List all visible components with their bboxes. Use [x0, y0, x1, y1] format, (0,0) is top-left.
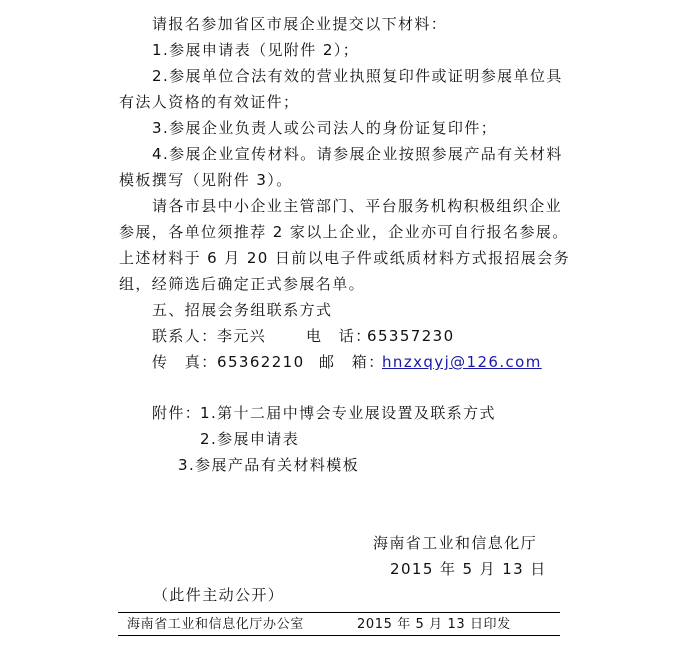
email-value[interactable]: hnzxqyj@126.com — [382, 352, 542, 372]
fax-label: 传 真： — [152, 352, 218, 372]
disclosure-note: （此件主动公开） — [153, 585, 284, 605]
footer-bottom-rule — [118, 635, 560, 636]
email-link[interactable]: hnzxqyj@126.com — [382, 353, 542, 371]
paragraph-organize-line-1: 请各市县中小企业主管部门、平台服务机构积极组织企业 — [152, 196, 562, 216]
phone-value: 65357230 — [367, 326, 455, 346]
attachments-label: 附件： — [152, 403, 201, 423]
phone-label: 电 话： — [306, 326, 372, 346]
item-2-line-2: 有法人资格的有效证件； — [119, 92, 299, 112]
contact-person-value: 李元兴 — [217, 326, 266, 346]
paragraph-organize-line-4: 组，经筛选后确定正式参展名单。 — [119, 274, 365, 294]
item-4-line-1: 4.参展企业宣传材料。请参展企业按照参展产品有关材料 — [152, 144, 563, 164]
signature-org: 海南省工业和信息化厅 — [373, 533, 537, 553]
paragraph-organize-line-2: 参展，各单位须推荐 2 家以上企业，企业亦可自行报名参展。 — [119, 222, 569, 242]
item-1: 1.参展申请表（见附件 2）； — [152, 40, 359, 60]
paragraph-materials-intro: 请报名参加省区市展企业提交以下材料： — [152, 14, 447, 34]
attachment-item-1: 1.第十二届中博会专业展设置及联系方式 — [200, 403, 496, 423]
signature-date: 2015 年 5 月 13 日 — [390, 559, 547, 579]
item-2-line-1: 2.参展单位合法有效的营业执照复印件或证明参展单位具 — [152, 66, 563, 86]
attachment-item-2: 2.参展申请表 — [200, 429, 299, 449]
footer-issuer: 海南省工业和信息化厅办公室 — [127, 616, 304, 634]
document-page: 请报名参加省区市展企业提交以下材料： 1.参展申请表（见附件 2）； 2.参展单… — [0, 0, 697, 659]
fax-value: 65362210 — [217, 352, 305, 372]
paragraph-organize-line-3: 上述材料于 6 月 20 日前以电子件或纸质材料方式报招展会务 — [119, 248, 570, 268]
email-label: 邮 箱： — [319, 352, 385, 372]
footer-top-rule — [118, 612, 560, 613]
item-3: 3.参展企业负责人或公司法人的身份证复印件； — [152, 118, 497, 138]
item-4-line-2: 模板撰写（见附件 3）。 — [119, 170, 293, 190]
footer-issued-date: 2015 年 5 月 13 日印发 — [357, 616, 511, 634]
contact-person-label: 联系人： — [152, 326, 218, 346]
attachment-item-3: 3.参展产品有关材料模板 — [178, 455, 359, 475]
contact-heading: 五、招展会务组联系方式 — [152, 300, 332, 320]
